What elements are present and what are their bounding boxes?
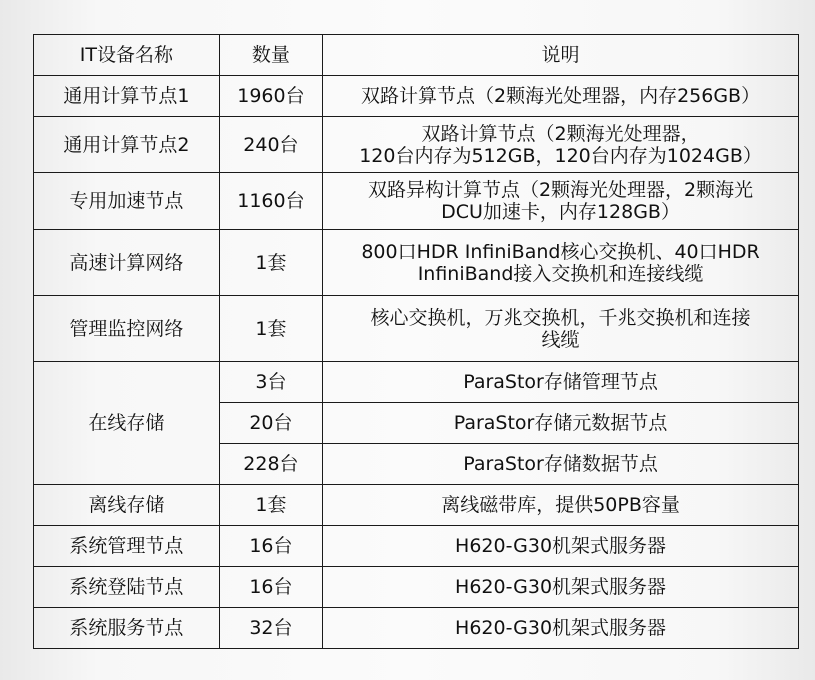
- desc-line: 120台内存为512GB，120台内存为1024GB）: [325, 145, 796, 167]
- it-equipment-table: IT设备名称 数量 说明 通用计算节点1 1960台 双路计算节点（2颗海光处理…: [33, 34, 799, 649]
- desc-line: 800口HDR InfiniBand核心交换机、40口HDR: [325, 241, 796, 263]
- cell-desc: H620-G30机架式服务器: [323, 526, 799, 567]
- cell-qty: 228台: [219, 444, 322, 485]
- cell-name: 通用计算节点2: [34, 117, 220, 173]
- cell-desc: 双路计算节点（2颗海光处理器， 120台内存为512GB，120台内存为1024…: [323, 117, 799, 173]
- cell-name: 系统服务节点: [34, 608, 220, 649]
- table-row: 系统管理节点 16台 H620-G30机架式服务器: [34, 526, 799, 567]
- table-row: 通用计算节点1 1960台 双路计算节点（2颗海光处理器，内存256GB）: [34, 76, 799, 117]
- cell-desc: H620-G30机架式服务器: [323, 567, 799, 608]
- cell-desc: ParaStor存储数据节点: [323, 444, 799, 485]
- table-row: 在线存储 3台 ParaStor存储管理节点: [34, 362, 799, 403]
- header-desc: 说明: [323, 35, 799, 76]
- cell-name: 高速计算网络: [34, 230, 220, 296]
- table-row: 通用计算节点2 240台 双路计算节点（2颗海光处理器， 120台内存为512G…: [34, 117, 799, 173]
- cell-desc: 离线磁带库，提供50PB容量: [323, 485, 799, 526]
- table-row: 系统服务节点 32台 H620-G30机架式服务器: [34, 608, 799, 649]
- cell-qty: 32台: [219, 608, 322, 649]
- cell-desc: 核心交换机，万兆交换机，千兆交换机和连接 线缆: [323, 296, 799, 362]
- desc-line: 双路异构计算节点（2颗海光处理器，2颗海光: [325, 179, 796, 201]
- desc-line: 双路计算节点（2颗海光处理器，: [325, 123, 796, 145]
- cell-name: 离线存储: [34, 485, 220, 526]
- table-row: 离线存储 1套 离线磁带库，提供50PB容量: [34, 485, 799, 526]
- table-row: 专用加速节点 1160台 双路异构计算节点（2颗海光处理器，2颗海光 DCU加速…: [34, 173, 799, 230]
- table-row: 管理监控网络 1套 核心交换机，万兆交换机，千兆交换机和连接 线缆: [34, 296, 799, 362]
- table-row: 系统登陆节点 16台 H620-G30机架式服务器: [34, 567, 799, 608]
- cell-name: 系统登陆节点: [34, 567, 220, 608]
- cell-qty: 1套: [219, 296, 322, 362]
- desc-line: 核心交换机，万兆交换机，千兆交换机和连接: [325, 307, 796, 329]
- cell-desc: H620-G30机架式服务器: [323, 608, 799, 649]
- cell-qty: 1160台: [219, 173, 322, 230]
- desc-line: InfiniBand接入交换机和连接线缆: [325, 263, 796, 285]
- cell-name: 管理监控网络: [34, 296, 220, 362]
- cell-qty: 1960台: [219, 76, 322, 117]
- cell-desc: 双路异构计算节点（2颗海光处理器，2颗海光 DCU加速卡，内存128GB）: [323, 173, 799, 230]
- cell-name: 通用计算节点1: [34, 76, 220, 117]
- cell-qty: 16台: [219, 526, 322, 567]
- cell-desc: ParaStor存储管理节点: [323, 362, 799, 403]
- cell-name: 系统管理节点: [34, 526, 220, 567]
- desc-line: DCU加速卡，内存128GB）: [325, 201, 796, 223]
- cell-qty: 3台: [219, 362, 322, 403]
- cell-name: 专用加速节点: [34, 173, 220, 230]
- cell-qty: 240台: [219, 117, 322, 173]
- header-row: IT设备名称 数量 说明: [34, 35, 799, 76]
- cell-qty: 20台: [219, 403, 322, 444]
- header-qty: 数量: [219, 35, 322, 76]
- cell-qty: 16台: [219, 567, 322, 608]
- cell-qty: 1套: [219, 230, 322, 296]
- desc-line: 线缆: [325, 329, 796, 351]
- cell-qty: 1套: [219, 485, 322, 526]
- cell-desc: 800口HDR InfiniBand核心交换机、40口HDR InfiniBan…: [323, 230, 799, 296]
- cell-desc: 双路计算节点（2颗海光处理器，内存256GB）: [323, 76, 799, 117]
- cell-desc: ParaStor存储元数据节点: [323, 403, 799, 444]
- table-row: 高速计算网络 1套 800口HDR InfiniBand核心交换机、40口HDR…: [34, 230, 799, 296]
- header-name: IT设备名称: [34, 35, 220, 76]
- cell-name: 在线存储: [34, 362, 220, 485]
